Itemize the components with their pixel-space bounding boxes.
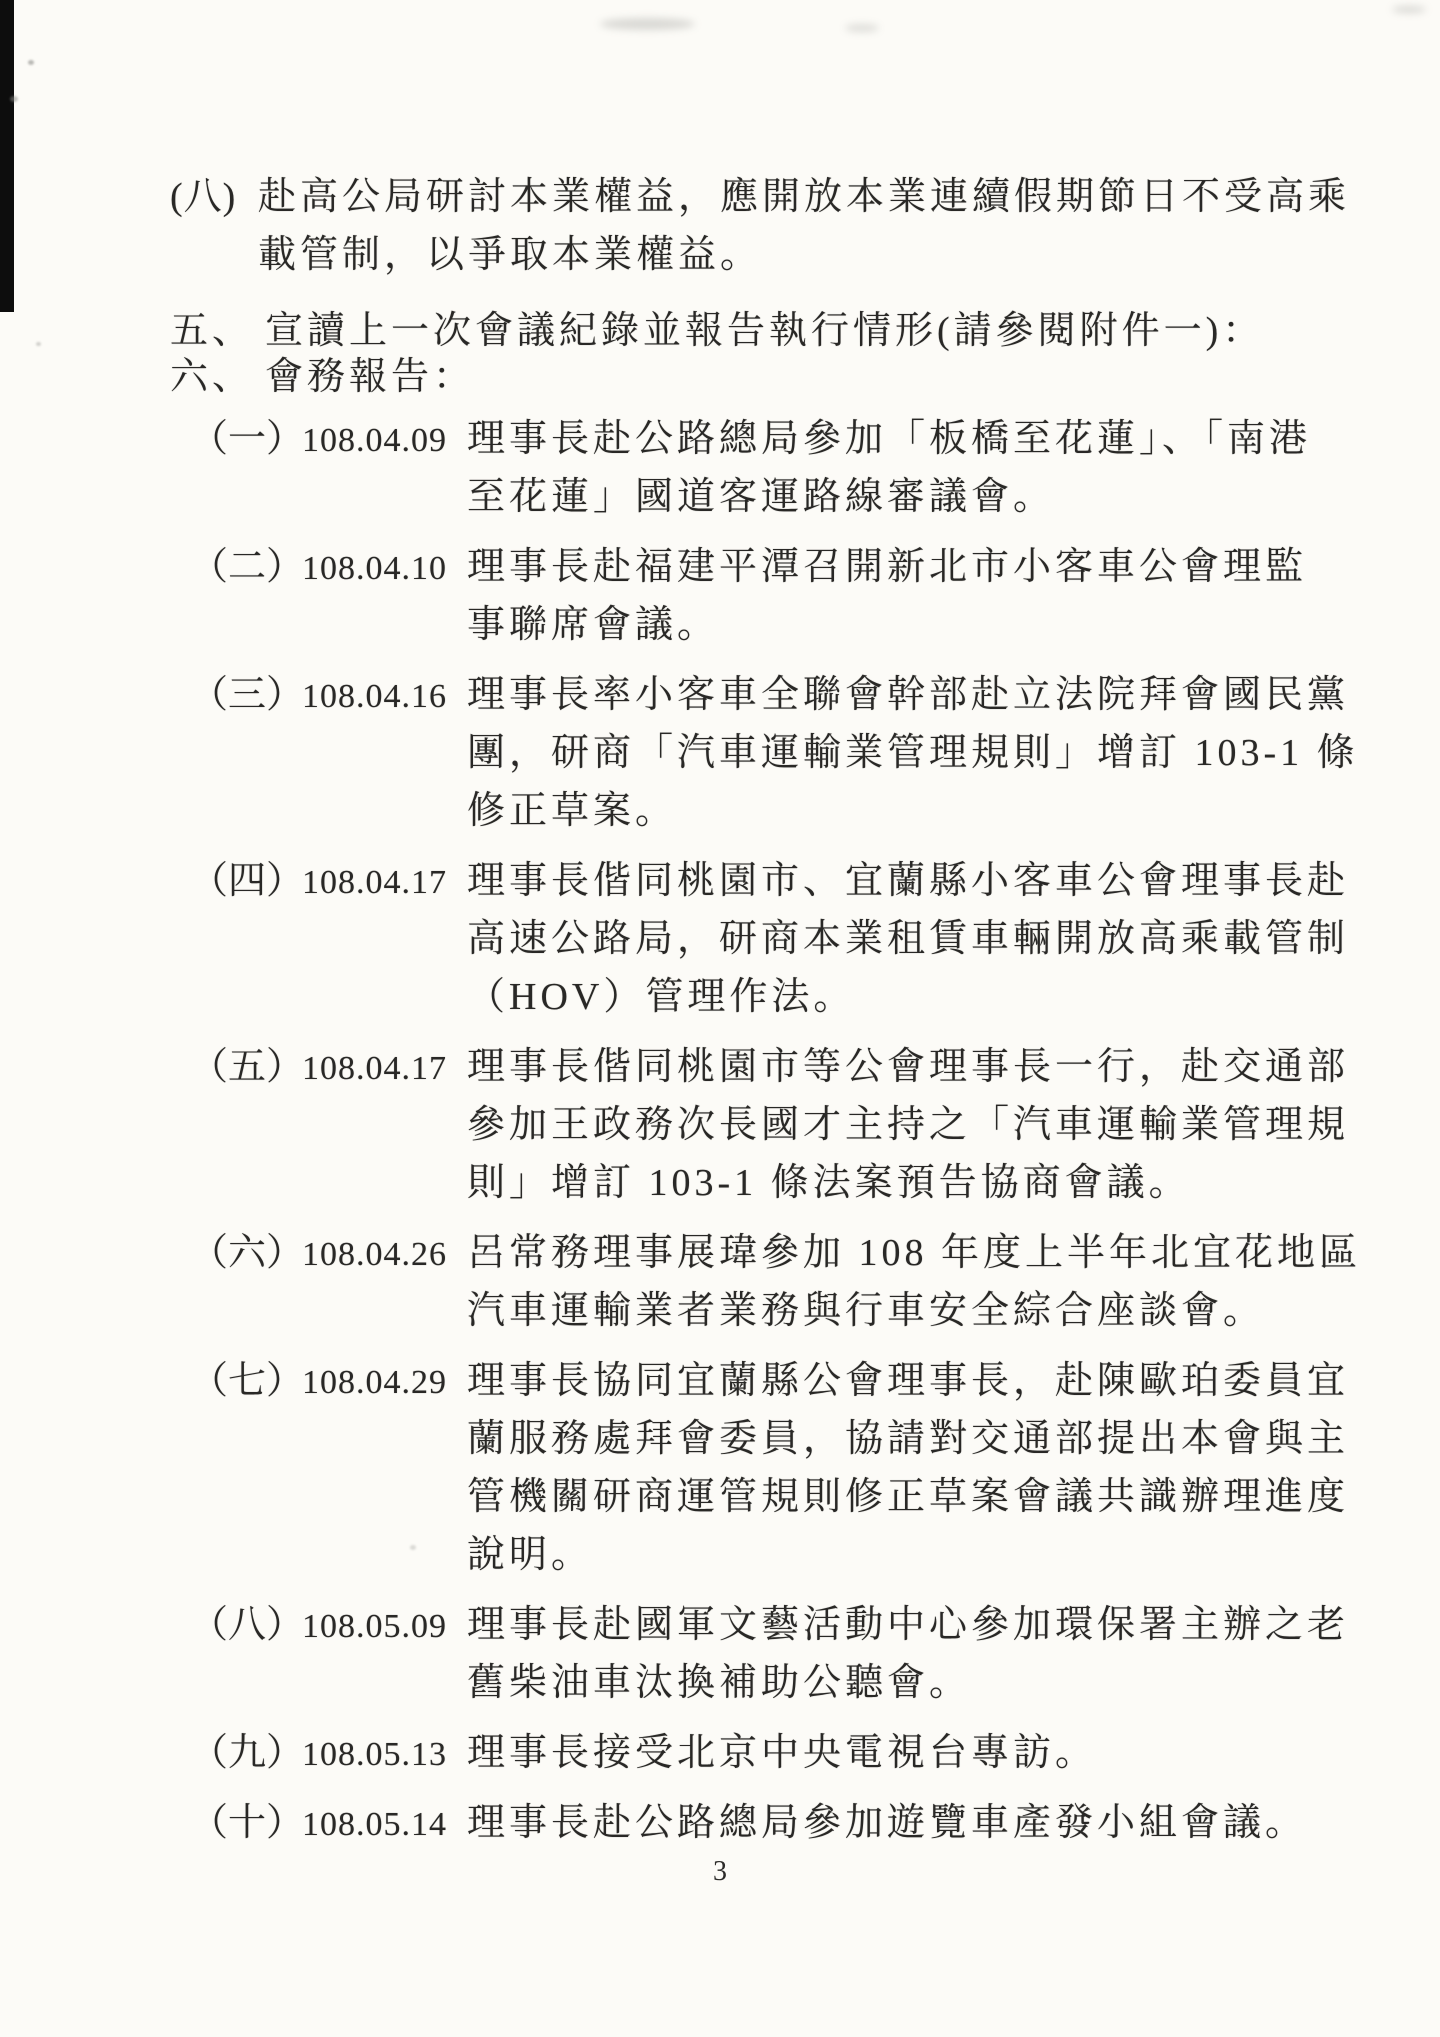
- report-line: 管機關研商運管規則修正草案會議共識辦理進度: [467, 1468, 1410, 1526]
- report-item: （四）108.04.17理事長偕同桃園市、宜蘭縣小客車公會理事長赴高速公路局，研…: [190, 852, 1410, 1026]
- carryover-item: (八)赴高公局研討本業權益，應開放本業連續假期節日不受高乘載管制，以爭取本業權益…: [170, 168, 1410, 284]
- report-line: 參加王政務次長國才主持之「汽車運輸業管理規: [467, 1096, 1410, 1154]
- scan-smudge: [845, 24, 879, 32]
- item-label: （四）: [190, 852, 302, 910]
- scan-speck: [28, 60, 34, 65]
- item-label: （五）: [190, 1038, 302, 1096]
- report-line: （一）108.04.09理事長赴公路總局參加「板橋至花蓮」、「南港: [190, 410, 1410, 468]
- report-item: （六）108.04.26呂常務理事展瑋參加 108 年度上半年北宜花地區汽車運輸…: [190, 1224, 1410, 1340]
- report-line: 蘭服務處拜會委員，協請對交通部提出本會與主: [467, 1410, 1410, 1468]
- report-line: （七）108.04.29理事長協同宜蘭縣公會理事長，赴陳歐珀委員宜: [190, 1352, 1410, 1410]
- report-line: 舊柴油車汰換補助公聽會。: [467, 1654, 1410, 1712]
- scan-smudge: [1392, 6, 1426, 13]
- section-text: 宣讀上一次會議紀錄並報告執行情形(請參閱附件一)：: [265, 310, 1264, 352]
- report-item: （九）108.05.13理事長接受北京中央電視台專訪。: [190, 1724, 1410, 1782]
- item-date: 108.04.16: [302, 668, 467, 726]
- item-date: 108.04.17: [302, 1040, 467, 1098]
- report-line: （五）108.04.17理事長偕同桃園市等公會理事長一行，赴交通部: [190, 1038, 1410, 1096]
- report-line: 說明。: [467, 1526, 1410, 1584]
- report-line: 修正草案。: [467, 782, 1410, 840]
- report-line: （三）108.04.16理事長率小客車全聯會幹部赴立法院拜會國民黨: [190, 666, 1410, 724]
- agenda-sections: 五、宣讀上一次會議紀錄並報告執行情形(請參閱附件一)：六、會務報告：: [170, 308, 1410, 400]
- item-label: （七）: [190, 1352, 302, 1410]
- scan-speck: [10, 96, 18, 102]
- report-line: 高速公路局，研商本業租賃車輛開放高乘載管制: [467, 910, 1410, 968]
- report-item: （五）108.04.17理事長偕同桃園市等公會理事長一行，赴交通部參加王政務次長…: [190, 1038, 1410, 1212]
- scanned-document-page: (八)赴高公局研討本業權益，應開放本業連續假期節日不受高乘載管制，以爭取本業權益…: [0, 0, 1440, 2037]
- report-item: （三）108.04.16理事長率小客車全聯會幹部赴立法院拜會國民黨團，研商「汽車…: [190, 666, 1410, 840]
- report-line: （九）108.05.13理事長接受北京中央電視台專訪。: [190, 1724, 1410, 1782]
- item-date: 108.04.26: [302, 1226, 467, 1284]
- carryover-line: (八)赴高公局研討本業權益，應開放本業連續假期節日不受高乘: [170, 168, 1410, 226]
- report-line: （六）108.04.26呂常務理事展瑋參加 108 年度上半年北宜花地區: [190, 1224, 1410, 1282]
- carryover-line: 載管制，以爭取本業權益。: [258, 226, 1410, 284]
- section-heading: 五、宣讀上一次會議紀錄並報告執行情形(請參閱附件一)：: [170, 308, 1410, 354]
- report-line: （八）108.05.09理事長赴國軍文藝活動中心參加環保署主辦之老: [190, 1596, 1410, 1654]
- item-date: 108.05.13: [302, 1726, 467, 1784]
- scan-smudge: [600, 18, 695, 30]
- item-date: 108.04.10: [302, 540, 467, 598]
- report-line: （HOV）管理作法。: [467, 968, 1410, 1026]
- item-label: （三）: [190, 666, 302, 724]
- report-item: （十）108.05.14理事長赴公路總局參加遊覽車產發小組會議。: [190, 1794, 1410, 1852]
- scan-speck: [36, 342, 41, 346]
- report-line: （十）108.05.14理事長赴公路總局參加遊覽車產發小組會議。: [190, 1794, 1410, 1852]
- item-label: （十）: [190, 1794, 302, 1852]
- section-number: 五、: [170, 308, 265, 354]
- item-date: 108.04.09: [302, 412, 467, 470]
- report-list: （一）108.04.09理事長赴公路總局參加「板橋至花蓮」、「南港至花蓮」國道客…: [170, 410, 1410, 1852]
- scan-edge-artifact: [0, 0, 14, 312]
- report-line: 汽車運輸業者業務與行車安全綜合座談會。: [467, 1282, 1410, 1340]
- report-item: （七）108.04.29理事長協同宜蘭縣公會理事長，赴陳歐珀委員宜蘭服務處拜會委…: [190, 1352, 1410, 1584]
- report-line: 則」增訂 103-1 條法案預告協商會議。: [467, 1154, 1410, 1212]
- item-date: 108.05.09: [302, 1598, 467, 1656]
- item-label: （九）: [190, 1724, 302, 1782]
- section-text: 會務報告：: [265, 356, 475, 398]
- item-label: (八): [170, 168, 258, 226]
- item-date: 108.04.17: [302, 854, 467, 912]
- section-heading: 六、會務報告：: [170, 354, 1410, 400]
- report-line: （四）108.04.17理事長偕同桃園市、宜蘭縣小客車公會理事長赴: [190, 852, 1410, 910]
- report-item: （二）108.04.10理事長赴福建平潭召開新北市小客車公會理監事聯席會議。: [190, 538, 1410, 654]
- report-line: （二）108.04.10理事長赴福建平潭召開新北市小客車公會理監: [190, 538, 1410, 596]
- document-content: (八)赴高公局研討本業權益，應開放本業連續假期節日不受高乘載管制，以爭取本業權益…: [170, 168, 1410, 1864]
- report-item: （一）108.04.09理事長赴公路總局參加「板橋至花蓮」、「南港至花蓮」國道客…: [190, 410, 1410, 526]
- report-item: （八）108.05.09理事長赴國軍文藝活動中心參加環保署主辦之老舊柴油車汰換補…: [190, 1596, 1410, 1712]
- item-date: 108.04.29: [302, 1354, 467, 1412]
- report-line: 事聯席會議。: [467, 596, 1410, 654]
- report-line: 團，研商「汽車運輸業管理規則」增訂 103-1 條: [467, 724, 1410, 782]
- item-label: （六）: [190, 1224, 302, 1282]
- section-number: 六、: [170, 354, 265, 400]
- item-label: （二）: [190, 538, 302, 596]
- report-line: 至花蓮」國道客運路線審議會。: [467, 468, 1410, 526]
- page-number: 3: [0, 1856, 1440, 1888]
- item-date: 108.05.14: [302, 1796, 467, 1854]
- item-label: （八）: [190, 1596, 302, 1654]
- item-label: （一）: [190, 410, 302, 468]
